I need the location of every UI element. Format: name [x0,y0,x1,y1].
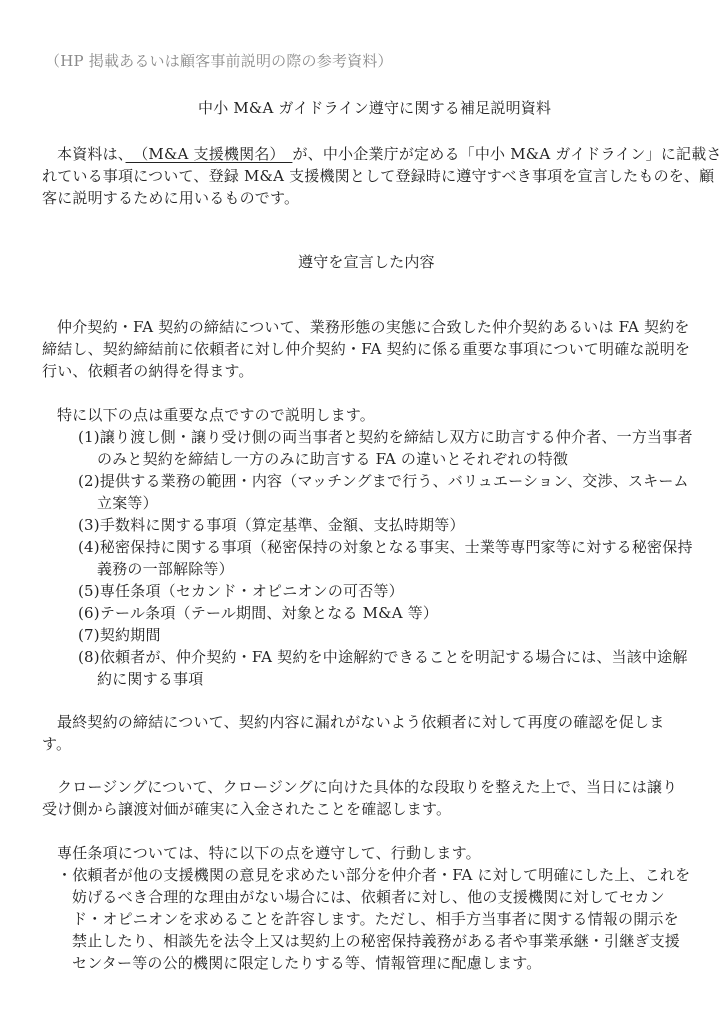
point-4-line-2: 義務の一部解除等） [97,558,234,580]
final-contract-line-2: す。 [42,733,71,755]
point-4-line-1: (4)秘密保持に関する事項（秘密保持の対象となる事実、士業等専門家等に対する秘密… [78,536,693,558]
contract-line-1: 仲介契約・FA 契約の締結について、業務形態の実態に合致した仲介契約あるいは F… [57,316,690,338]
point-6: (6)テール条項（テール期間、対象となる M&A 等） [78,602,438,624]
exclusive-bullet-line-4: 禁止したり、相談先を法令上又は契約上の秘密保持義務がある者や事業承継・引継ぎ支援 [72,930,680,952]
point-8-line-1: (8)依頼者が、仲介契約・FA 契約を中途解約できることを明記する場合には、当該… [78,646,688,668]
final-contract-line-1: 最終契約の締結について、契約内容に漏れがないよう依頼者に対して再度の確認を促しま [57,711,664,733]
point-2-line-2: 立案等） [97,492,158,514]
closing-line-2: 受け側から譲渡対価が確実に入金されたことを確認します。 [42,798,451,820]
point-5: (5)専任条項（セカンド・オピニオンの可否等） [78,580,404,602]
section-heading: 遵守を宣言した内容 [298,251,435,273]
point-1-line-2: のみと契約を締結し一方のみに助言する FA の違いとそれぞれの特徴 [97,448,568,470]
exclusive-clause-lead: 専任条項については、特に以下の点を遵守して、行動します。 [57,842,481,864]
contract-line-3: 行い、依頼者の納得を得ます。 [42,360,254,382]
exclusive-bullet-line-3: ド・オピニオンを求めることを許容します。ただし、相手方当事者に関する情報の開示を [72,908,679,930]
exclusive-bullet-line-2: 妨げるべき合理的な理由がない場合には、依頼者に対し、他の支援機関に対してセカン [72,886,665,908]
intro-line-1: 本資料は、 （M&A 支援機関名） が、中小企業庁が定める「中小 M&A ガイド… [57,143,722,165]
intro-prefix: 本資料は、 [57,145,126,163]
organization-name-blank: （M&A 支援機関名） [126,145,293,163]
point-8-line-2: 約に関する事項 [97,668,203,690]
point-2-line-1: (2)提供する業務の範囲・内容（マッチングまで行う、バリュエーション、交渉、スキ… [78,470,689,492]
important-points-lead: 特に以下の点は重要な点ですので説明します。 [57,404,375,426]
intro-line-3: 客に説明するために用いるものです。 [42,187,299,209]
point-1-line-1: (1)譲り渡し側・譲り受け側の両当事者と契約を締結し双方に助言する仲介者、一方当… [78,426,693,448]
reference-note: （HP 掲載あるいは顧客事前説明の際の参考資料） [45,50,393,72]
exclusive-bullet-line-5: センター等の公的機関に限定したりする等、情報管理に配慮します。 [72,952,541,974]
point-3: (3)手数料に関する事項（算定基準、金額、支払時期等） [78,514,465,536]
document-title: 中小 M&A ガイドライン遵守に関する補足説明資料 [198,97,551,119]
document-page: （HP 掲載あるいは顧客事前説明の際の参考資料） 中小 M&A ガイドライン遵守… [0,0,725,1024]
intro-suffix: が、中小企業庁が定める「中小 M&A ガイドライン」に記載さ [292,145,721,163]
intro-line-2: れている事項について、登録 M&A 支援機関として登録時に遵守すべき事項を宣言し… [42,165,714,187]
point-7: (7)契約期間 [78,624,161,646]
exclusive-bullet-line-1: ・依頼者が他の支援機関の意見を求めたい部分を仲介者・FA に対して明確にした上、… [57,864,690,886]
contract-line-2: 締結し、契約締結前に依頼者に対し仲介契約・FA 契約に係る重要な事項について明確… [42,338,690,360]
closing-line-1: クロージングについて、クロージングに向けた具体的な段取りを整えた上で、当日には譲… [57,776,677,798]
